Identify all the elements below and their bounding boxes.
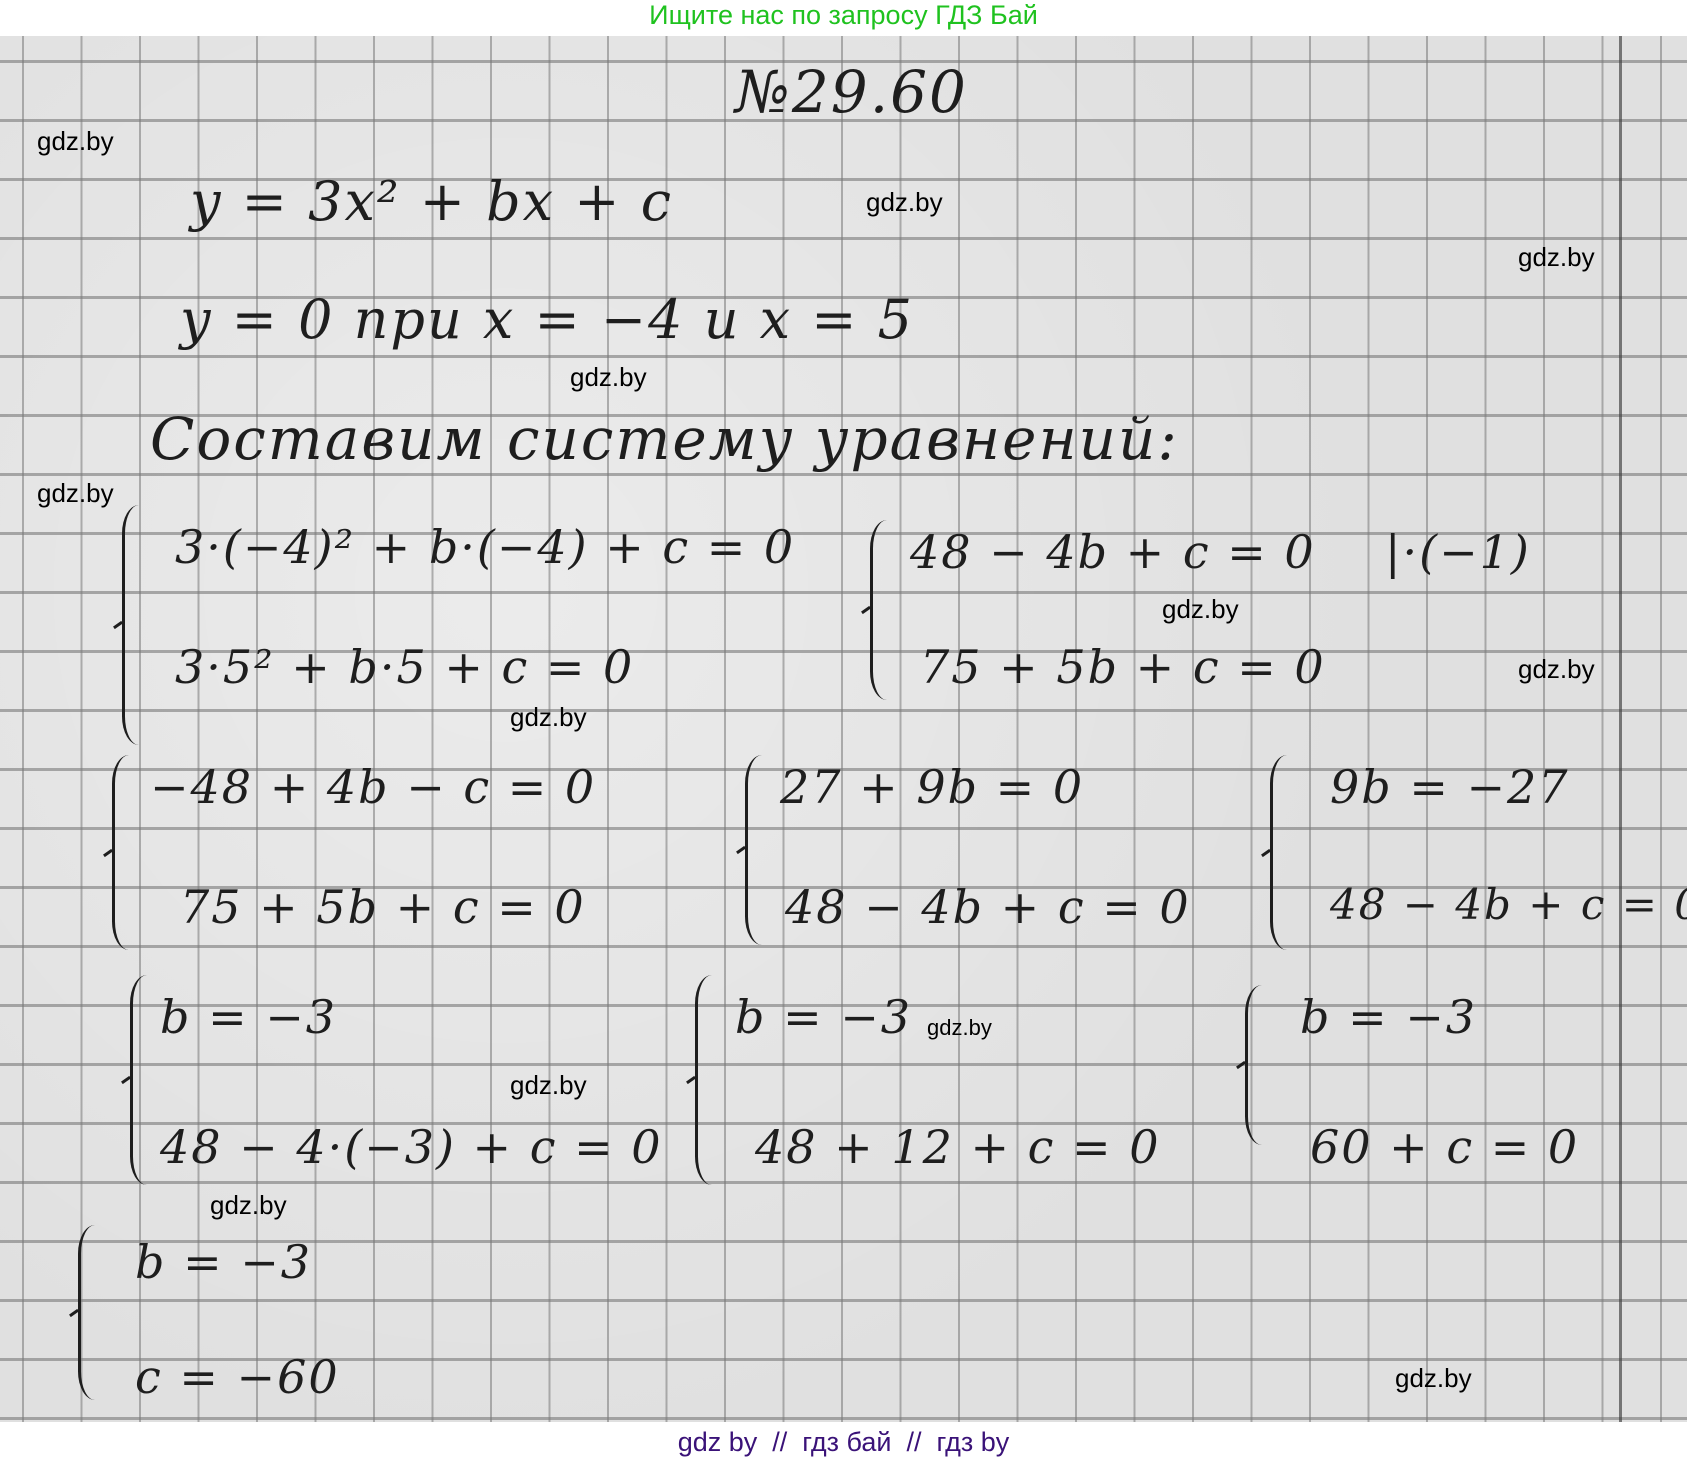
system-brace <box>695 975 712 1185</box>
equation: 75 + 5b + c = 0 <box>920 640 1326 694</box>
watermark: gdz.by <box>927 1015 992 1041</box>
system-brace <box>78 1225 95 1400</box>
system-brace <box>130 975 147 1185</box>
equation: 60 + c = 0 <box>1310 1120 1579 1174</box>
watermark: gdz.by <box>210 1190 287 1221</box>
bottom-banner: gdz by // гдз бай // гдз by <box>0 1422 1687 1460</box>
equation: b = −3 <box>1300 990 1477 1044</box>
equation: 48 − 4b + c = 0 <box>910 525 1316 579</box>
equation: 48 − 4b + c = 0 <box>785 880 1191 934</box>
multiply-annotation: |·(−1) <box>1385 525 1531 579</box>
system-brace <box>1245 985 1262 1145</box>
watermark: gdz.by <box>1395 1363 1472 1394</box>
system-brace <box>1270 755 1287 950</box>
equation: c = −60 <box>135 1350 340 1404</box>
system-brace <box>122 505 139 745</box>
watermark: gdz.by <box>37 126 114 157</box>
margin-line <box>1619 36 1622 1422</box>
equation: 48 − 4·(−3) + c = 0 <box>160 1120 663 1174</box>
system-brace <box>112 755 129 950</box>
instruction-text: Составим систему уравнений: <box>150 405 1179 473</box>
system-brace <box>870 520 887 700</box>
roots-condition: y = 0 при x = −4 и x = 5 <box>180 288 914 351</box>
equation: 75 + 5b + c = 0 <box>180 880 586 934</box>
function-definition: y = 3x² + bx + c <box>190 170 673 233</box>
watermark: gdz.by <box>570 362 647 393</box>
equation: 48 − 4b + c = 0 <box>1330 880 1687 929</box>
equation: b = −3 <box>135 1235 312 1289</box>
watermark: gdz.by <box>1518 242 1595 273</box>
problem-number: №29.60 <box>735 58 968 126</box>
equation: −48 + 4b − c = 0 <box>150 760 596 814</box>
equation: 9b = −27 <box>1330 760 1570 814</box>
watermark: gdz.by <box>1162 594 1239 625</box>
equation: b = −3 <box>735 990 912 1044</box>
equation: 27 + 9b = 0 <box>780 760 1084 814</box>
system-brace <box>745 755 762 945</box>
watermark: gdz.by <box>510 702 587 733</box>
equation: b = −3 <box>160 990 337 1044</box>
equation: 48 + 12 + c = 0 <box>755 1120 1160 1174</box>
watermark: gdz.by <box>1518 654 1595 685</box>
top-banner: Ищите нас по запросу ГДЗ Бай <box>0 0 1687 36</box>
watermark: gdz.by <box>866 187 943 218</box>
equation: 3·(−4)² + b·(−4) + c = 0 <box>175 520 795 574</box>
equation: 3·5² + b·5 + c = 0 <box>175 640 634 694</box>
watermark: gdz.by <box>510 1070 587 1101</box>
watermark: gdz.by <box>37 478 114 509</box>
